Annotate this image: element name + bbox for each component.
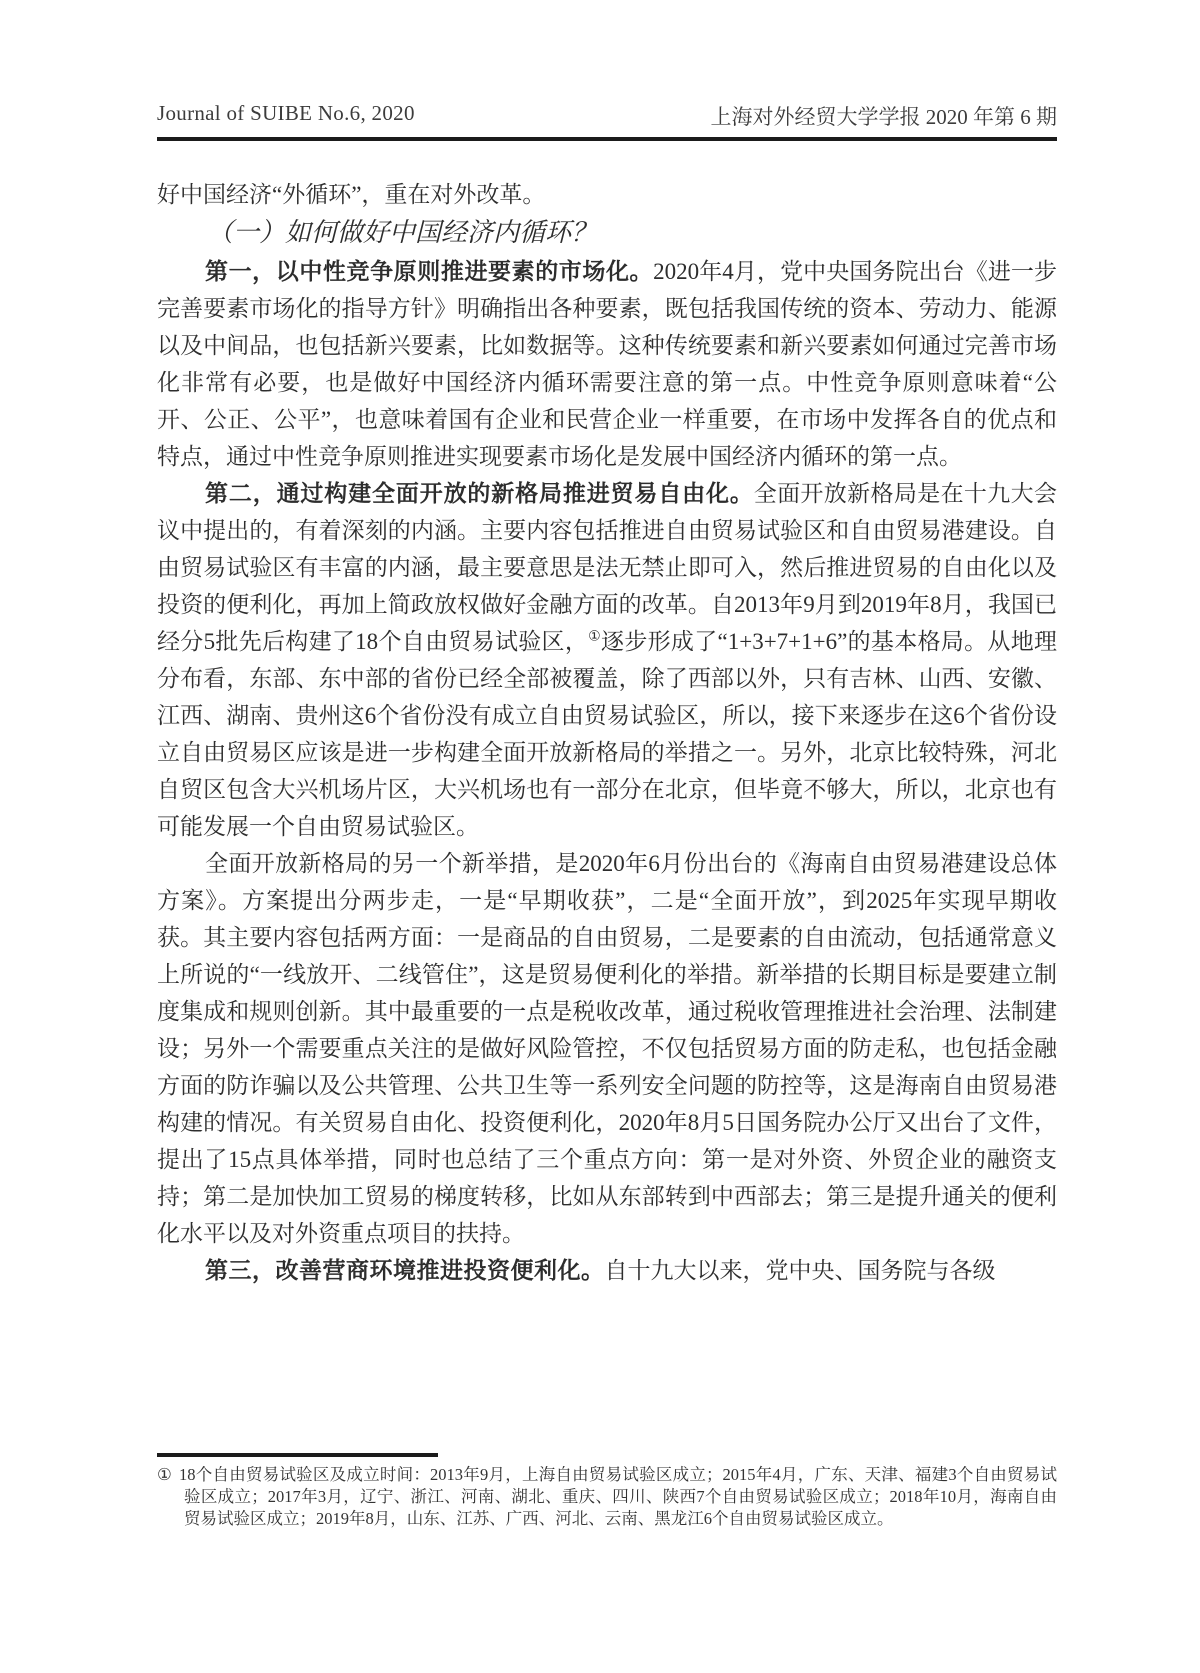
footnote-separator-rule <box>157 1453 438 1457</box>
paragraph-second-point: 第二，通过构建全面开放的新格局推进贸易自由化。全面开放新格局是在十九大会议中提出… <box>157 475 1057 845</box>
footnote-marker: ① <box>157 1465 172 1484</box>
article-body: 好中国经济“外循环”，重在对外改革。 （一）如何做好中国经济内循环？ 第一，以中… <box>157 176 1057 1289</box>
paragraph-first-point-text: 2020年4月，党中央国务院出台《进一步完善要素市场化的指导方针》明确指出各种要… <box>157 259 1057 469</box>
paragraph-third-point-lead: 第三，改善营商环境推进投资便利化。 <box>205 1257 605 1283</box>
paragraph-second-point-lead: 第二，通过构建全面开放的新格局推进贸易自由化。 <box>205 480 754 506</box>
paragraph-first-point: 第一，以中性竞争原则推进要素的市场化。2020年4月，党中央国务院出台《进一步完… <box>157 253 1057 475</box>
paragraph-first-point-lead: 第一，以中性竞争原则推进要素的市场化。 <box>205 258 653 284</box>
continued-paragraph: 好中国经济“外循环”，重在对外改革。 <box>157 176 1057 213</box>
section-heading: （一）如何做好中国经济内循环？ <box>157 213 1057 253</box>
footnote-block: ①18个自由贸易试验区及成立时间：2013年9月，上海自由贸易试验区成立；201… <box>157 1464 1057 1530</box>
paragraph-hainan-port-text: 全面开放新格局的另一个新举措，是2020年6月份出台的《海南自由贸易港建设总体方… <box>157 851 1057 1246</box>
footnote-item: ①18个自由贸易试验区及成立时间：2013年9月，上海自由贸易试验区成立；201… <box>157 1464 1057 1530</box>
running-head-journal-en: Journal of SUIBE No.6, 2020 <box>157 101 415 126</box>
paragraph-second-point-text-after-ref: 逐步形成了“1+3+7+1+6”的基本格局。从地理分布看，东部、东中部的省份已经… <box>157 629 1057 839</box>
journal-page: Journal of SUIBE No.6, 2020 上海对外经贸大学学报 2… <box>0 0 1200 1673</box>
header-rule <box>157 137 1057 141</box>
paragraph-third-point-text: 自十九大以来，党中央、国务院与各级 <box>605 1258 996 1283</box>
running-head-journal-cn: 上海对外经贸大学学报 2020 年第 6 期 <box>711 101 1058 131</box>
paragraph-third-point: 第三，改善营商环境推进投资便利化。自十九大以来，党中央、国务院与各级 <box>157 1252 1057 1289</box>
paragraph-hainan-port: 全面开放新格局的另一个新举措，是2020年6月份出台的《海南自由贸易港建设总体方… <box>157 845 1057 1252</box>
footnote-reference-mark: ① <box>588 629 601 644</box>
footnote-text: 18个自由贸易试验区及成立时间：2013年9月，上海自由贸易试验区成立；2015… <box>179 1465 1057 1528</box>
